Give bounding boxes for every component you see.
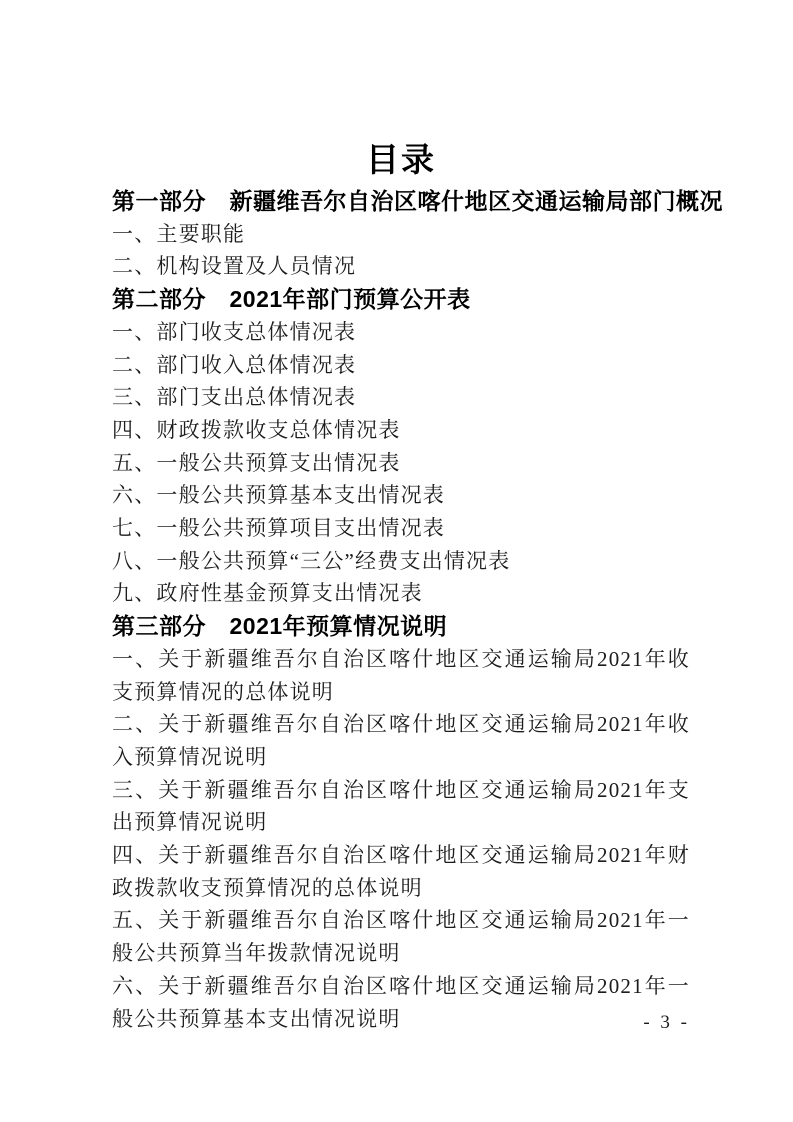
toc-item: 五、关于新疆维吾尔自治区喀什地区交通运输局2021年一般公共预算当年拨款情况说明 <box>112 904 690 969</box>
toc-item: 七、一般公共预算项目支出情况表 <box>112 512 690 545</box>
toc-item: 一、主要职能 <box>112 218 690 251</box>
toc-item: 一、部门收支总体情况表 <box>112 316 690 349</box>
toc-item: 二、部门收入总体情况表 <box>112 349 690 382</box>
toc-item: 四、关于新疆维吾尔自治区喀什地区交通运输局2021年财政拨款收支预算情况的总体说… <box>112 839 690 904</box>
toc-section-part1: 第一部分 新疆维吾尔自治区喀什地区交通运输局部门概况 一、主要职能 二、机构设置… <box>112 185 690 283</box>
toc-item: 三、部门支出总体情况表 <box>112 381 690 414</box>
toc-item: 一、关于新疆维吾尔自治区喀什地区交通运输局2021年收支预算情况的总体说明 <box>112 643 690 708</box>
section-heading-part3: 第三部分 2021年预算情况说明 <box>112 610 690 643</box>
toc-item: 五、一般公共预算支出情况表 <box>112 447 690 480</box>
section-heading-part2: 第二部分 2021年部门预算公开表 <box>112 283 690 316</box>
page-title: 目录 <box>112 140 690 180</box>
section-heading-part1: 第一部分 新疆维吾尔自治区喀什地区交通运输局部门概况 <box>112 185 690 218</box>
toc-section-part3: 第三部分 2021年预算情况说明 一、关于新疆维吾尔自治区喀什地区交通运输局20… <box>112 610 690 1035</box>
toc-item: 三、关于新疆维吾尔自治区喀什地区交通运输局2021年支出预算情况说明 <box>112 774 690 839</box>
document-page: 目录 第一部分 新疆维吾尔自治区喀什地区交通运输局部门概况 一、主要职能 二、机… <box>0 0 793 1122</box>
toc-item: 二、机构设置及人员情况 <box>112 250 690 283</box>
toc-item: 八、一般公共预算“三公”经费支出情况表 <box>112 545 690 578</box>
toc-item: 二、关于新疆维吾尔自治区喀什地区交通运输局2021年收入预算情况说明 <box>112 708 690 773</box>
toc-section-part2: 第二部分 2021年部门预算公开表 一、部门收支总体情况表 二、部门收入总体情况… <box>112 283 690 610</box>
toc-item: 四、财政拨款收支总体情况表 <box>112 414 690 447</box>
toc-item: 九、政府性基金预算支出情况表 <box>112 577 690 610</box>
table-of-contents: 目录 第一部分 新疆维吾尔自治区喀什地区交通运输局部门概况 一、主要职能 二、机… <box>112 140 690 1035</box>
toc-item: 六、关于新疆维吾尔自治区喀什地区交通运输局2021年一般公共预算基本支出情况说明 <box>112 970 690 1035</box>
page-number: - 3 - <box>643 1012 690 1034</box>
toc-item: 六、一般公共预算基本支出情况表 <box>112 479 690 512</box>
